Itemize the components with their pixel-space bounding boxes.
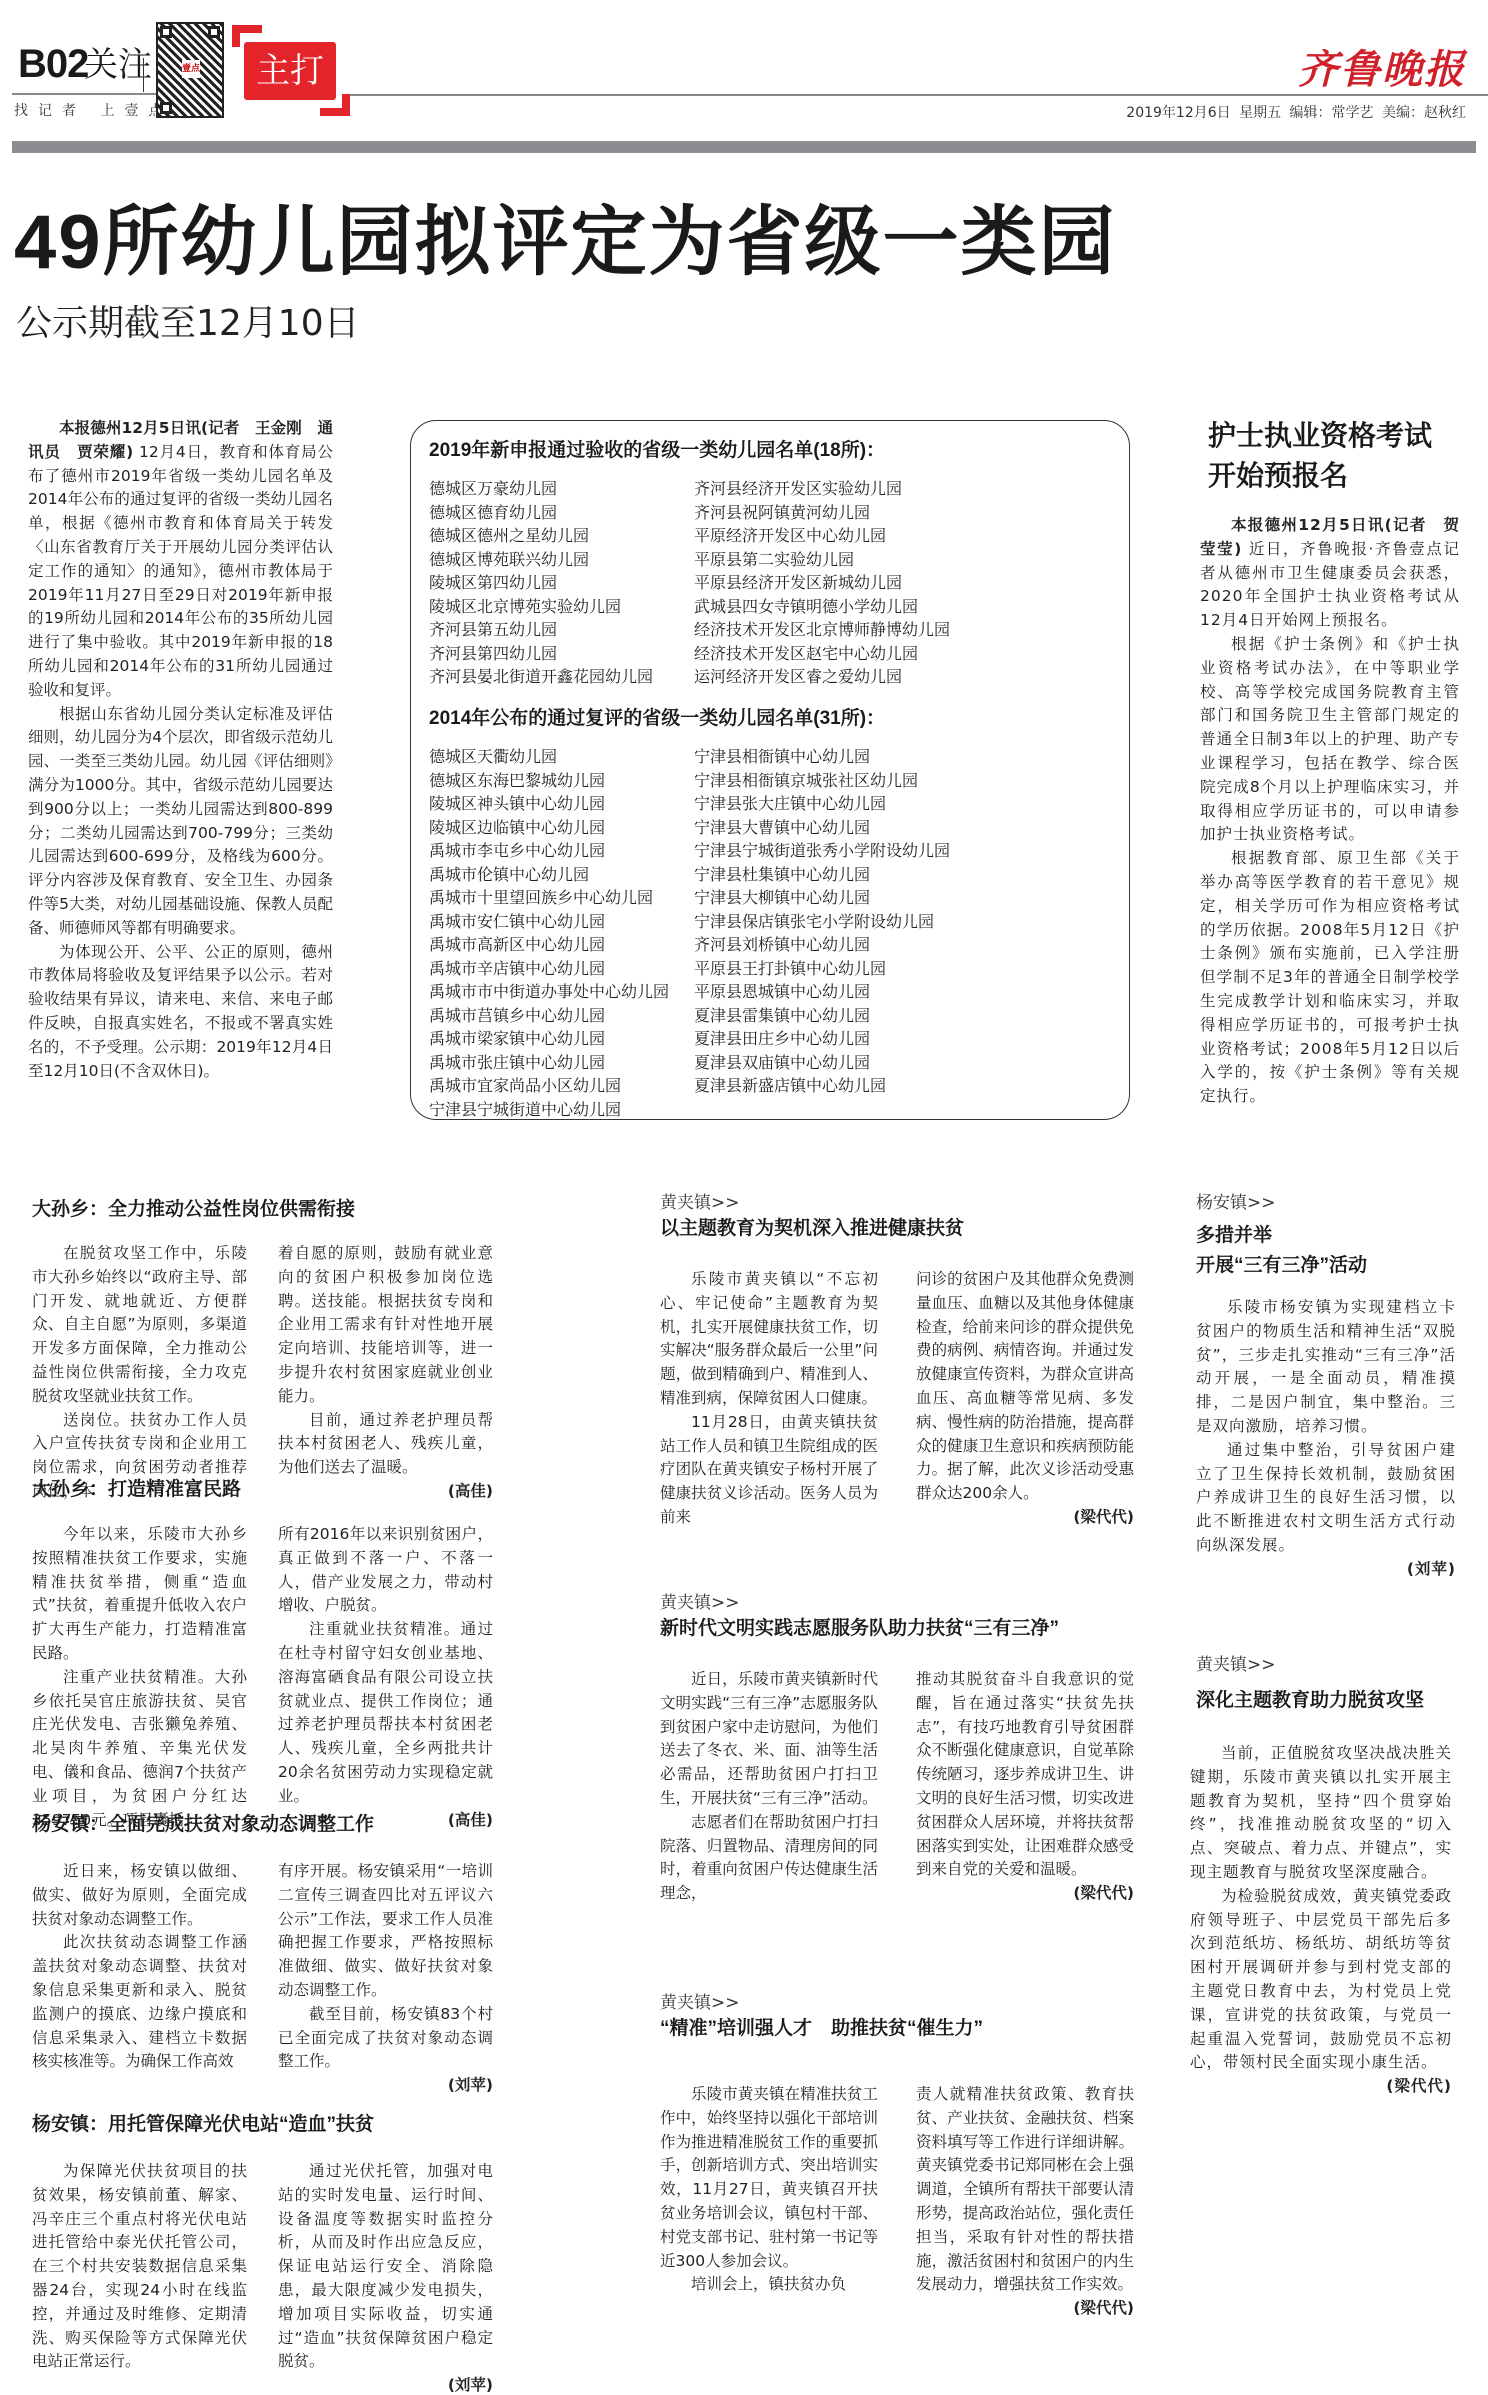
newspaper-logo: 齐鲁晚报 [1298,38,1466,95]
list-item: 运河经济开发区睿之爱幼儿园 [694,665,950,689]
paragraph: 培训会上，镇扶贫办负 [660,2273,878,2297]
article-column: 有序开展。杨安镇采用“一培训二宣传三调查四比对五评议六公示”工作法，要求工作人员… [278,1860,493,2098]
paragraph: 在脱贫攻坚工作中，乐陵市大孙乡始终以“政府主导、部门开发、就地就近、方便群众、自… [32,1242,247,1409]
byline: (梁代代) [916,2297,1134,2321]
article-title: 大孙乡：打造精准富民路 [32,1477,241,1503]
paragraph: 注重产业扶贫精准。大孙乡依托吴官庄旅游扶贫、吴官庄光伏发电、吉张獭兔养殖、北吴肉… [32,1666,247,1833]
list-item: 平原县第二实验幼儿园 [694,548,950,572]
bracket-decoration [342,94,350,116]
paragraph: 责人就精准扶贫政策、教育扶贫、产业扶贫、金融扶贫、档案资料填写等工作进行详细讲解… [916,2083,1134,2297]
list-item: 武城县四女寺镇明德小学幼儿园 [694,595,950,619]
list-item: 禹城市市中街道办事处中心幼儿园 [429,980,669,1004]
paragraph: 通过光伏托管，加强对电站的实时发电量、运行时间、设备温度等数据实时监控分析，从而… [278,2160,493,2374]
paragraph: 当前，正值脱贫攻坚决战决胜关键期，乐陵市黄夹镇以扎实开展主题教育为契机，坚持“四… [1190,1742,1452,1885]
paragraph: 推动其脱贫奋斗自我意识的觉醒，旨在通过落实“扶贫先扶志”，有技巧地教育引导贫困群… [916,1668,1134,1882]
headline: 49所幼儿园拟评定为省级一类园 [14,200,1117,286]
list-item: 禹城市十里望回族乡中心幼儿园 [429,886,669,910]
list-2014-left: 德城区天衢幼儿园 德城区东海巴黎城幼儿园 陵城区神头镇中心幼儿园 陵城区边临镇中… [429,745,669,1121]
article-title: 多措并举 开展“三有三净”活动 [1196,1221,1367,1281]
list-item: 宁津县相衙镇中心幼儿园 [694,745,950,769]
list-item: 禹城市莒镇乡中心幼儿园 [429,1004,669,1028]
kicker-label: 黄夹镇>> [660,1588,740,1613]
article-title: 杨安镇：全面完成扶贫对象动态调整工作 [32,1812,374,1838]
article-column: 问诊的贫困户及其他群众免费测量血压、血糖以及其他身体健康检查，给前来问诊的群众提… [916,1268,1134,1530]
byline: (刘苹) [1196,1558,1456,1582]
title-line: 开始预报名 [1208,456,1432,496]
paragraph: 根据《护士条例》和《护士执业资格考试办法》，在中等职业学校、高等学校完成国务院教… [1200,633,1460,847]
paragraph: 有序开展。杨安镇采用“一培训二宣传三调查四比对五评议六公示”工作法，要求工作人员… [278,1860,493,2003]
title-line: 护士执业资格考试 [1208,416,1432,456]
paragraph: 近日，乐陵市黄夹镇新时代文明实践“三有三净”志愿服务队到贫困户家中走访慰问，为他… [660,1668,878,1811]
list-item: 夏津县双庙镇中心幼儿园 [694,1051,950,1075]
paragraph: 11月28日，由黄夹镇扶贫站工作人员和镇卫生院组成的医疗团队在黄夹镇安子杨村开展… [660,1411,878,1530]
list-item: 禹城市张庄镇中心幼儿园 [429,1051,669,1075]
slogan: 找记者 上壹点 [14,100,172,120]
kicker-label: 黄夹镇>> [1196,1650,1276,1675]
list-item: 德城区东海巴黎城幼儿园 [429,769,669,793]
list-item: 德城区德州之星幼儿园 [429,524,653,548]
list-item: 齐河县祝阿镇黄河幼儿园 [694,501,950,525]
list-2019-left: 德城区万豪幼儿园 德城区德育幼儿园 德城区德州之星幼儿园 德城区博苑联兴幼儿园 … [429,477,653,689]
list-item: 宁津县大柳镇中心幼儿园 [694,886,950,910]
kicker-label: 杨安镇>> [1196,1188,1276,1213]
list-item: 德城区博苑联兴幼儿园 [429,548,653,572]
article-column: 在脱贫攻坚工作中，乐陵市大孙乡始终以“政府主导、部门开发、就地就近、方便群众、自… [32,1242,247,1504]
list-item: 陵城区边临镇中心幼儿园 [429,816,669,840]
list-item: 宁津县宁城街道中心幼儿园 [429,1098,669,1122]
nurse-story-body: 本报德州12月5日讯(记者 贺莹莹) 近日，齐鲁晚报·齐鲁壹点记者从德州市卫生健… [1200,514,1460,1109]
article-column: 着自愿的原则，鼓励有就业意向的贫困户积极参加岗位选聘。送技能。根据扶贫专岗和企业… [278,1242,493,1504]
list-title: 2014年公布的通过复评的省级一类幼儿园名单(31所)： [429,703,885,730]
list-item: 禹城市伦镇中心幼儿园 [429,863,669,887]
paragraph: 通过集中整治，引导贫困户建立了卫生保持长效机制，鼓励贫困户养成讲卫生的良好生活习… [1196,1439,1456,1558]
article-column: 乐陵市黄夹镇在精准扶贫工作中，始终坚持以强化干部培训作为推进精准脱贫工作的重要抓… [660,2083,878,2297]
list-item: 经济技术开发区北京博师静博幼儿园 [694,618,950,642]
list-item: 德城区德育幼儿园 [429,501,653,525]
paragraph: 为体现公开、公平、公正的原则，德州市教体局将验收及复评结果予以公示。若对验收结果… [28,941,333,1084]
list-item: 宁津县张大庄镇中心幼儿园 [694,792,950,816]
article-column: 为保障光伏扶贫项目的扶贫效果，杨安镇前董、解家、冯辛庄三个重点村将光伏电站进托管… [32,2160,247,2374]
paragraph: 12月4日，教育和体育局公布了德州市2019年省级一类幼儿园名单及2014年公布… [28,443,333,699]
article-title: 大孙乡：全力推动公益性岗位供需衔接 [32,1197,355,1223]
list-item: 德城区天衢幼儿园 [429,745,669,769]
list-item: 禹城市安仁镇中心幼儿园 [429,910,669,934]
qr-finder [160,102,172,114]
subheadline: 公示期截至12月10日 [16,302,360,346]
column-tag: 主打 [244,42,336,100]
kicker-label: 黄夹镇>> [660,1188,740,1213]
list-title: 2019年新申报通过验收的省级一类幼儿园名单(18所)： [429,435,885,462]
list-item: 宁津县杜集镇中心幼儿园 [694,863,950,887]
list-item: 陵城区神头镇中心幼儿园 [429,792,669,816]
list-item: 齐河县第五幼儿园 [429,618,653,642]
paragraph: 此次扶贫动态调整工作涵盖扶贫对象动态调整、扶贫对象信息采集更新和录入、脱贫监测户… [32,1931,247,2074]
list-item: 齐河县晏北街道开鑫花园幼儿园 [429,665,653,689]
dateline: 2019年12月6日 星期五 编辑：常学艺 美编：赵秋红 [1126,102,1466,122]
qr-code-icon[interactable]: 壹点 [156,22,224,118]
list-item: 平原县恩城镇中心幼儿园 [694,980,950,1004]
byline: (梁代代) [1190,2075,1452,2099]
list-item: 夏津县田庄乡中心幼儿园 [694,1027,950,1051]
list-2014-right: 宁津县相衙镇中心幼儿园 宁津县相衙镇京城张社区幼儿园 宁津县张大庄镇中心幼儿园 … [694,745,950,1098]
article-column: 通过光伏托管，加强对电站的实时发电量、运行时间、设备温度等数据实时监控分析，从而… [278,2160,493,2395]
paragraph: 今年以来，乐陵市大孙乡按照精准扶贫工作要求，实施精准扶贫举措，侧重“造血式”扶贫… [32,1523,247,1666]
list-item: 陵城区第四幼儿园 [429,571,653,595]
article-title: 杨安镇：用托管保障光伏电站“造血”扶贫 [32,2112,374,2138]
list-item: 宁津县宁城街道张秀小学附设幼儿园 [694,839,950,863]
title-line: 多措并举 [1196,1221,1367,1251]
bracket-decoration [232,25,240,47]
article-column: 乐陵市杨安镇为实现建档立卡贫困户的物质生活和精神生活“双脱贫”，三步走扎实推动“… [1196,1296,1456,1582]
list-item: 禹城市高新区中心幼儿园 [429,933,669,957]
lead-story-body: 本报德州12月5日讯(记者 王金刚 通讯员 贾荣耀) 12月4日，教育和体育局公… [28,417,333,1083]
list-item: 齐河县经济开发区实验幼儿园 [694,477,950,501]
paragraph: 根据教育部、原卫生部《关于举办高等医学教育的若干意见》规定，相关学历可作为相应资… [1200,847,1460,1109]
list-item: 德城区万豪幼儿园 [429,477,653,501]
paragraph: 乐陵市杨安镇为实现建档立卡贫困户的物质生活和精神生活“双脱贫”，三步走扎实推动“… [1196,1296,1456,1439]
list-item: 齐河县刘桥镇中心幼儿园 [694,933,950,957]
divider [143,58,144,92]
paragraph: 为检验脱贫成效，黄夹镇党委政府领导班子、中层党员干部先后多次到范纸坊、杨纸坊、胡… [1190,1885,1452,2075]
article-column: 推动其脱贫奋斗自我意识的觉醒，旨在通过落实“扶贫先扶志”，有技巧地教育引导贫困群… [916,1668,1134,1906]
list-item: 禹城市宜家尚品小区幼儿园 [429,1074,669,1098]
list-item: 平原县王打卦镇中心幼儿园 [694,957,950,981]
kicker-label: 黄夹镇>> [660,1988,740,2013]
paragraph: 所有2016年以来识别贫困户，真正做到不落一户、不落一人，借产业发展之力，带动村… [278,1523,493,1618]
byline: (梁代代) [916,1882,1134,1906]
byline: (刘苹) [278,2074,493,2098]
article-title: 以主题教育为契机深入推进健康扶贫 [660,1216,964,1242]
list-item: 夏津县新盛店镇中心幼儿园 [694,1074,950,1098]
list-item: 夏津县雷集镇中心幼儿园 [694,1004,950,1028]
article-title: 深化主题教育助力脱贫攻坚 [1196,1688,1424,1714]
divider [12,93,158,95]
paragraph: 根据山东省幼儿园分类认定标准及评估细则，幼儿园分为4个层次，即省级示范幼儿园、一… [28,703,333,941]
section-name: 关注 [84,46,152,84]
list-2019-right: 齐河县经济开发区实验幼儿园 齐河县祝阿镇黄河幼儿园 平原经济开发区中心幼儿园 平… [694,477,950,689]
paragraph: 截至目前，杨安镇83个村已全面完成了扶贫对象动态调整工作。 [278,2003,493,2074]
list-item: 宁津县保店镇张宅小学附设幼儿园 [694,910,950,934]
list-item: 陵城区北京博苑实验幼儿园 [429,595,653,619]
article-column: 所有2016年以来识别贫困户，真正做到不落一户、不落一人，借产业发展之力，带动村… [278,1523,493,1832]
page-number: B02 [18,44,88,84]
article-title: 新时代文明实践志愿服务队助力扶贫“三有三净” [660,1616,1059,1642]
title-line: 开展“三有三净”活动 [1196,1251,1367,1281]
qr-finder [160,26,172,38]
qr-finder [208,26,220,38]
byline: (高佳) [278,1480,493,1504]
article-column: 近日，乐陵市黄夹镇新时代文明实践“三有三净”志愿服务队到贫困户家中走访慰问，为他… [660,1668,878,1906]
article-column: 近日来，杨安镇以做细、做实、做好为原则，全面完成扶贫对象动态调整工作。 此次扶贫… [32,1860,247,2074]
paragraph: 注重就业扶贫精准。通过在杜寺村留守妇女创业基地、溶海富硒食品有限公司设立扶贫就业… [278,1618,493,1808]
article-column: 乐陵市黄夹镇以“不忘初心、牢记使命”主题教育为契机，扎实开展健康扶贫工作，切实解… [660,1268,878,1530]
kindergarten-list-box: 2019年新申报通过验收的省级一类幼儿园名单(18所)： 德城区万豪幼儿园 德城… [410,420,1130,1120]
article-column: 当前，正值脱贫攻坚决战决胜关键期，乐陵市黄夹镇以扎实开展主题教育为契机，坚持“四… [1190,1742,1452,2099]
byline: (梁代代) [916,1506,1134,1530]
list-item: 禹城市李屯乡中心幼儿园 [429,839,669,863]
list-item: 宁津县相衙镇京城张社区幼儿园 [694,769,950,793]
list-item: 经济技术开发区赵宅中心幼儿园 [694,642,950,666]
paragraph: 近日来，杨安镇以做细、做实、做好为原则，全面完成扶贫对象动态调整工作。 [32,1860,247,1931]
list-item: 宁津县大曹镇中心幼儿园 [694,816,950,840]
paragraph: 着自愿的原则，鼓励有就业意向的贫困户积极参加岗位选聘。送技能。根据扶贫专岗和企业… [278,1242,493,1409]
paragraph: 乐陵市黄夹镇以“不忘初心、牢记使命”主题教育为契机，扎实开展健康扶贫工作，切实解… [660,1268,878,1411]
article-column: 今年以来，乐陵市大孙乡按照精准扶贫工作要求，实施精准扶贫举措，侧重“造血式”扶贫… [32,1523,247,1832]
list-item: 平原县经济开发区新城幼儿园 [694,571,950,595]
article-title: “精准”培训强人才 助推扶贫“催生力” [660,2016,983,2042]
byline: (刘苹) [278,2374,493,2395]
paragraph: 问诊的贫困户及其他群众免费测量血压、血糖以及其他身体健康检查，给前来问诊的群众提… [916,1268,1134,1506]
header-bar [12,141,1476,153]
paragraph: 乐陵市黄夹镇在精准扶贫工作中，始终坚持以强化干部培训作为推进精准脱贫工作的重要抓… [660,2083,878,2273]
story-title: 护士执业资格考试 开始预报名 [1208,416,1432,496]
list-item: 禹城市梁家镇中心幼儿园 [429,1027,669,1051]
qr-logo: 壹点 [182,60,200,78]
paragraph: 为保障光伏扶贫项目的扶贫效果，杨安镇前董、解家、冯辛庄三个重点村将光伏电站进托管… [32,2160,247,2374]
paragraph: 目前，通过养老护理员帮扶本村贫困老人、残疾儿童，为他们送去了温暖。 [278,1409,493,1480]
article-column: 责人就精准扶贫政策、教育扶贫、产业扶贫、金融扶贫、档案资料填写等工作进行详细讲解… [916,2083,1134,2321]
list-item: 齐河县第四幼儿园 [429,642,653,666]
paragraph: 志愿者们在帮助贫困户打扫院落、归置物品、清理房间的同时，着重向贫困户传达健康生活… [660,1811,878,1906]
list-item: 禹城市辛店镇中心幼儿园 [429,957,669,981]
list-item: 平原经济开发区中心幼儿园 [694,524,950,548]
